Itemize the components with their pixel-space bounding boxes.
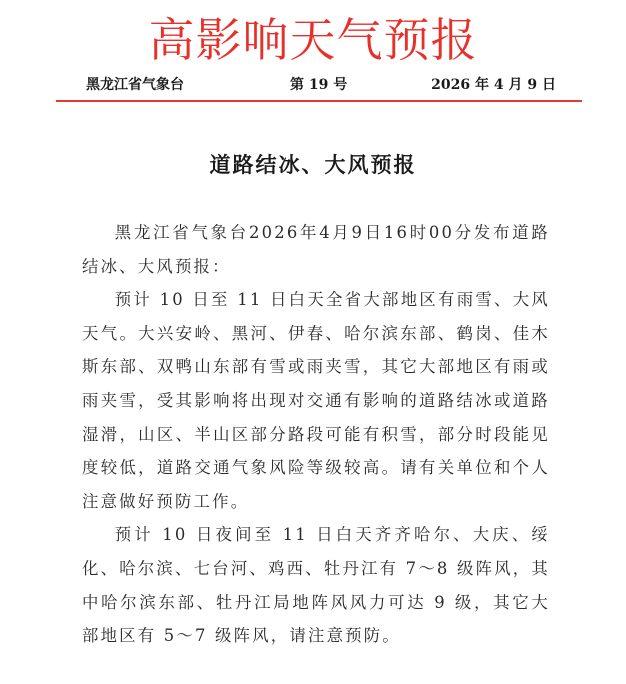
document-body: 黑龙江省气象台2026年4月9日16时00分发布道路结冰、大风预报： 预计 10…: [82, 216, 550, 653]
issue-number: 第 19 号: [290, 74, 347, 96]
document-title: 道路结冰、大风预报: [0, 150, 626, 180]
paragraph-intro: 黑龙江省气象台2026年4月9日16时00分发布道路结冰、大风预报：: [82, 216, 550, 283]
paragraph-wind-forecast: 预计 10 日夜间至 11 日白天齐齐哈尔、大庆、绥化、哈尔滨、七台河、鸡西、牡…: [82, 518, 550, 652]
paragraph-ice-forecast: 预计 10 日至 11 日白天全省大部地区有雨雪、大风天气。大兴安岭、黑河、伊春…: [82, 283, 550, 518]
masthead-title: 高影响天气预报: [0, 12, 626, 68]
header-divider: [56, 100, 582, 102]
issue-date: 2026 年 4 月 9 日: [431, 74, 556, 96]
issue-info-row: 黑龙江省气象台 第 19 号 2026 年 4 月 9 日: [86, 74, 556, 96]
issuer-name: 黑龙江省气象台: [86, 74, 184, 96]
